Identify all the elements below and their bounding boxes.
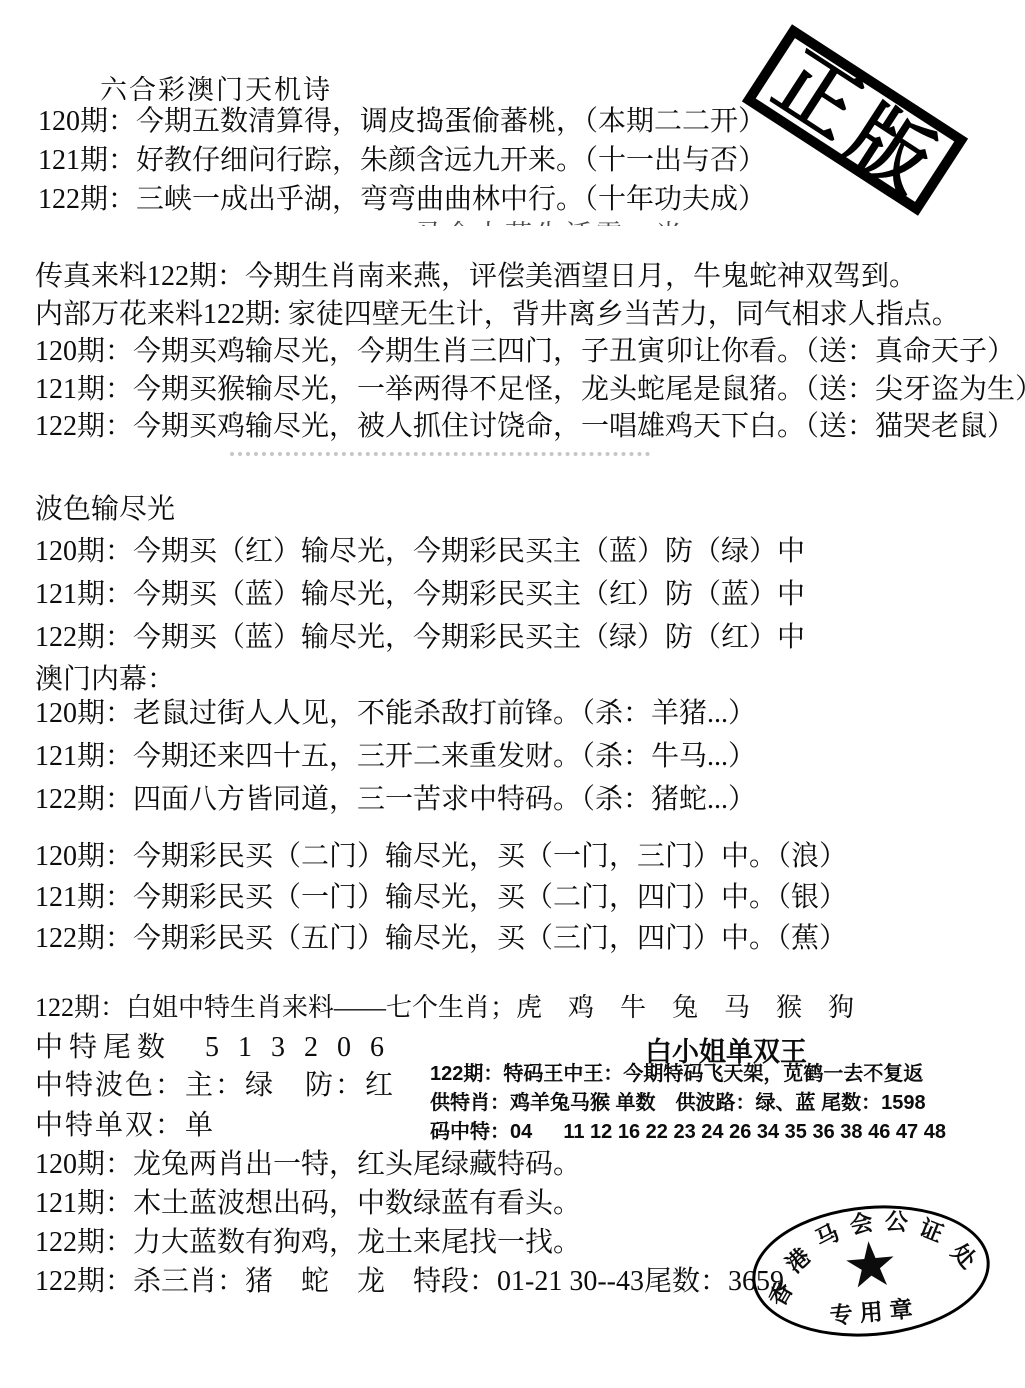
fax-line: 122期：今期买鸡输尽光，被人抓住讨饶命，一唱雄鸡天下白。（送：猫哭老鼠） (35, 408, 1025, 446)
bottom-tips-block: 120期：龙兔两肖出一特，红头尾绿藏特码。 121期：木土蓝波想出码，中数绿蓝有… (35, 1145, 784, 1301)
neimu-block: 120期：老鼠过街人人见，不能杀敌打前锋。（杀：羊猪...） 121期：今期还来… (35, 692, 756, 821)
wangzhongwang-line: 122期：特码王中王：今期特码飞天架，苋鹤一去不复返 (430, 1060, 946, 1089)
seal-arc-char: 香 (765, 1279, 796, 1310)
bottom-line: 121期：木土蓝波想出码，中数绿蓝有看头。 (35, 1184, 784, 1223)
bose-block: 120期：今期买（红）输尽光，今期彩民买主（蓝）防（绿）中 121期：今期买（蓝… (35, 530, 805, 659)
zhongte-danshuang-line: 中特单双：单 (35, 1106, 215, 1145)
bose-heading: 波色输尽光 (35, 490, 175, 529)
horse-club-notary-seal: 香 港 马 会 公 证 处 ★ 专用章 (747, 1196, 995, 1346)
poem-line: 121期：好教仔细问行踪，朱颜含远九开来。（十一出与否） (38, 141, 766, 180)
bottom-line: 120期：龙兔两肖出一特，红头尾绿藏特码。 (35, 1145, 784, 1184)
caimin-line: 121期：今期彩民买（一门）输尽光，买（二门，四门）中。（银） (35, 877, 847, 918)
weishu-line: 中特尾数 5 1 3 2 0 6 (35, 1028, 390, 1067)
bose-line: 120期：今期买（红）输尽光，今期彩民买主（蓝）防（绿）中 (35, 530, 805, 573)
fax-line: 传真来料122期：今期生肖南来燕，评偿美酒望日月，牛鬼蛇神双驾到。 (35, 258, 1025, 296)
fax-line: 120期：今期买鸡输尽光，今期生肖三四门，子丑寅卯让你看。（送：真命天子） (35, 333, 1025, 371)
star-icon: ★ (840, 1233, 901, 1300)
caimin-line: 120期：今期彩民买（二门）输尽光，买（一门，三门）中。（浪） (35, 836, 847, 877)
bose-line: 121期：今期买（蓝）输尽光，今期彩民买主（红）防（蓝）中 (35, 573, 805, 616)
wangzhongwang-block: 122期：特码王中王：今期特码飞天架，苋鹤一去不复返 供特肖：鸡羊兔马猴 单数 … (430, 1060, 946, 1147)
seal-bottom-text: 专用章 (828, 1290, 921, 1331)
fax-tips-block: 传真来料122期：今期生肖南来燕，评偿美酒望日月，牛鬼蛇神双驾到。 内部万花来料… (35, 258, 1025, 446)
mazhongte-line: 码中特：04 11 12 16 22 23 24 26 34 35 36 38 … (430, 1118, 946, 1147)
erased-phone-line: 马会大药生活需，当100570011150 (415, 213, 885, 226)
fax-line: 121期：今期买猴输尽光，一举两得不足怪，龙头蛇尾是鼠猪。（送：尖牙盗为生） (35, 371, 1025, 409)
fax-line: 内部万花来料122期: 家徒四壁无生计，背井离乡当苦力，同气相求人指点。 (35, 296, 1025, 334)
poem-block: 120期：今期五数清算得，调皮捣蛋偷蕃桃，（本期二二开） 121期：好教仔细问行… (38, 102, 766, 219)
zhongte-bose-line: 中特波色：主：绿 防：红 (35, 1066, 395, 1105)
bottom-line: 122期：杀三肖：猪 蛇 龙 特段：01-21 30--43尾数：3659 (35, 1262, 784, 1301)
gongtexiao-line: 供特肖：鸡羊兔马猴 单数 供波路：绿、蓝 尾数：1598 (430, 1089, 946, 1118)
seal-arc-char: 马 (812, 1221, 843, 1252)
erased-text-artifact: ⋯⋯⋯⋯ (230, 944, 430, 954)
scanned-lottery-sheet: { "header": { "title": "六合彩澳门天机诗", "poem… (0, 0, 1025, 1388)
shengxiao-line: 122期：白姐中特生肖来料——七个生肖；虎 鸡 牛 兔 马 猴 狗 (35, 988, 854, 1027)
seal-arc-char: 证 (916, 1216, 946, 1246)
poem-line: 120期：今期五数清算得，调皮捣蛋偷蕃桃，（本期二二开） (38, 102, 766, 141)
caimin-line: 122期：今期彩民买（五门）输尽光，买（三门，四门）中。（蕉） (35, 918, 847, 959)
bose-line: 122期：今期买（蓝）输尽光，今期彩民买主（绿）防（红）中 (35, 616, 805, 659)
caimin-block: 120期：今期彩民买（二门）输尽光，买（一门，三门）中。（浪） 121期：今期彩… (35, 836, 847, 959)
seal-arc-char: 港 (782, 1245, 815, 1278)
neimu-line: 121期：今期还来四十五，三开二来重发财。（杀：牛马...） (35, 735, 756, 778)
bottom-line: 122期：力大蓝数有狗鸡，龙土来尾找一找。 (35, 1223, 784, 1262)
neimu-line: 122期：四面八方皆同道，三一苦求中特码。（杀：猪蛇...） (35, 778, 756, 821)
erased-text-artifact (230, 452, 650, 456)
zhengban-stamp: 正 版 (742, 24, 968, 216)
neimu-line: 120期：老鼠过街人人见，不能杀敌打前锋。（杀：羊猪...） (35, 692, 756, 735)
seal-arc-char: 处 (947, 1240, 980, 1273)
